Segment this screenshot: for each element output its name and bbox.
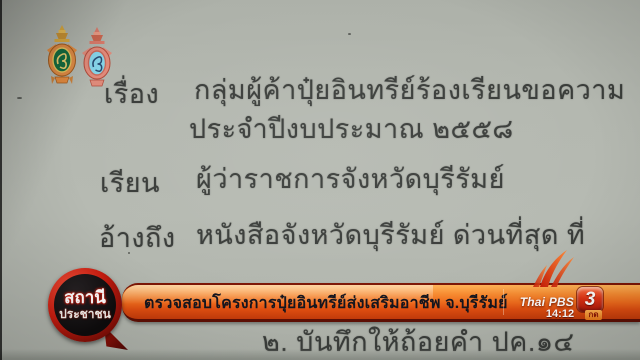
doc-ref-label: อ้างถึง (99, 216, 176, 259)
doc-to-value: ผู้ว่าราชการจังหวัดบุรีรัมย์ (196, 157, 505, 200)
doc-subject-text-2: ประจำปีงบประมาณ ๒๕๕๘ (189, 107, 514, 150)
doc-subject-text: กลุ่มผู้ค้าปุ๋ยอินทรีย์ร้องเรียนขอความ (194, 68, 625, 111)
channel-name: Thai PBS (518, 295, 574, 309)
bug-divider (503, 289, 504, 315)
doc-subject-label: เรื่อง (104, 72, 159, 115)
thai-pbs-flame-icon (531, 249, 575, 289)
program-logo: สถานี ประชาชน (48, 268, 128, 352)
paper-speck (128, 252, 130, 254)
royal-emblem-green-icon (45, 24, 79, 88)
ticker-headline: ตรวจสอบโครงการปุ๋ยอินทรีย์ส่งเสริมอาชีพ … (144, 291, 508, 316)
paper-speck (17, 97, 22, 99)
photo-edge (0, 0, 2, 360)
tv-news-frame: เรื่อง กลุ่มผู้ค้าปุ๋ยอินทรีย์ร้องเรียนข… (0, 0, 640, 360)
doc-to-label: เรียน (100, 161, 160, 204)
broadcast-time: 14:12 (540, 308, 580, 320)
channel-number-badge: 3 (577, 287, 603, 312)
program-name-line2: ประชาชน (48, 305, 122, 324)
digital-tv-badge: กด (585, 310, 602, 320)
paper-speck (348, 33, 351, 35)
doc-ref-value: หนังสือจังหวัดบุรีรัมย์ ด่วนที่สุด ที่ (196, 213, 585, 256)
